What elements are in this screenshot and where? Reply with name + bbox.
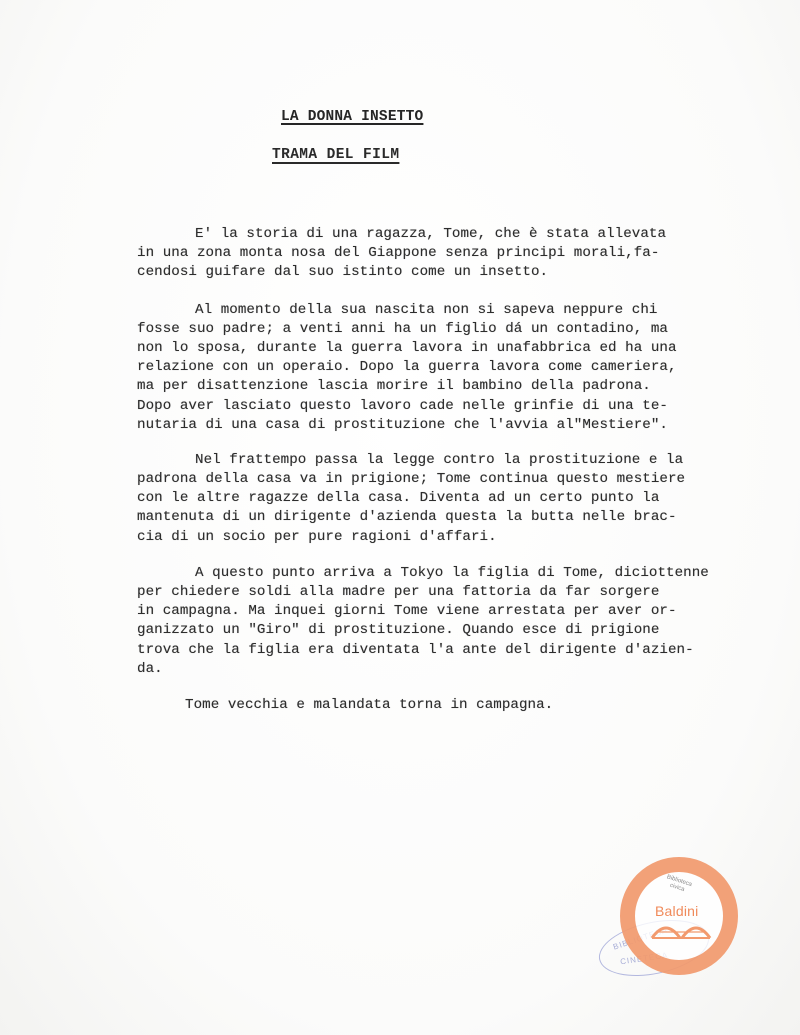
text-line: ganizzato un "Giro" di prostituzione. Qu… (137, 621, 777, 640)
text-line: padrona della casa va in prigione; Tome … (137, 470, 777, 489)
text-line: da. (137, 660, 777, 679)
text-line: A questo punto arriva a Tokyo la figlia … (137, 564, 777, 583)
text-line: non lo sposa, durante la guerra lavora i… (137, 339, 777, 358)
text-line: cendosi guifare dal suo istinto come un … (137, 263, 777, 282)
paragraph-2: Al momento della sua nascita non si sape… (137, 301, 777, 435)
text-line: Dopo aver lasciato questo lavoro cade ne… (137, 397, 777, 416)
document-subtitle: TRAMA DEL FILM (272, 147, 399, 163)
paragraph-4: A questo punto arriva a Tokyo la figlia … (137, 564, 777, 679)
text-line: relazione con un operaio. Dopo la guerra… (137, 358, 777, 377)
text-line: mantenuta di un dirigente d'azienda ques… (137, 508, 777, 527)
paragraph-1: E' la storia di una ragazza, Tome, che è… (137, 225, 777, 283)
paragraph-3: Nel frattempo passa la legge contro la p… (137, 451, 777, 547)
document-page: LA DONNA INSETTO TRAMA DEL FILM E' la st… (0, 0, 800, 1035)
text-line: cia di un socio per pure ragioni d'affar… (137, 528, 777, 547)
library-arches-icon (650, 918, 712, 940)
text-line: trova che la figlia era diventata l'a an… (137, 641, 777, 660)
paragraph-5: Tome vecchia e malandata torna in campag… (137, 696, 777, 715)
document-body: E' la storia di una ragazza, Tome, che è… (137, 225, 777, 731)
text-line: nutaria di una casa di prostituzione che… (137, 416, 777, 435)
library-logo-name: Baldini (655, 903, 698, 919)
text-line: fosse suo padre; a venti anni ha un figl… (137, 320, 777, 339)
text-line: ma per disattenzione lascia morire il ba… (137, 377, 777, 396)
text-line: in campagna. Ma inquei giorni Tome viene… (137, 602, 777, 621)
text-line: Nel frattempo passa la legge contro la p… (137, 451, 777, 470)
text-line: per chiedere soldi alla madre per una fa… (137, 583, 777, 602)
text-line: Tome vecchia e malandata torna in campag… (137, 696, 777, 715)
text-line: Al momento della sua nascita non si sape… (137, 301, 777, 320)
text-line: in una zona monta nosa del Giappone senz… (137, 244, 777, 263)
text-line: E' la storia di una ragazza, Tome, che è… (137, 225, 777, 244)
document-title: LA DONNA INSETTO (281, 109, 423, 125)
text-line: con le altre ragazze della casa. Diventa… (137, 489, 777, 508)
